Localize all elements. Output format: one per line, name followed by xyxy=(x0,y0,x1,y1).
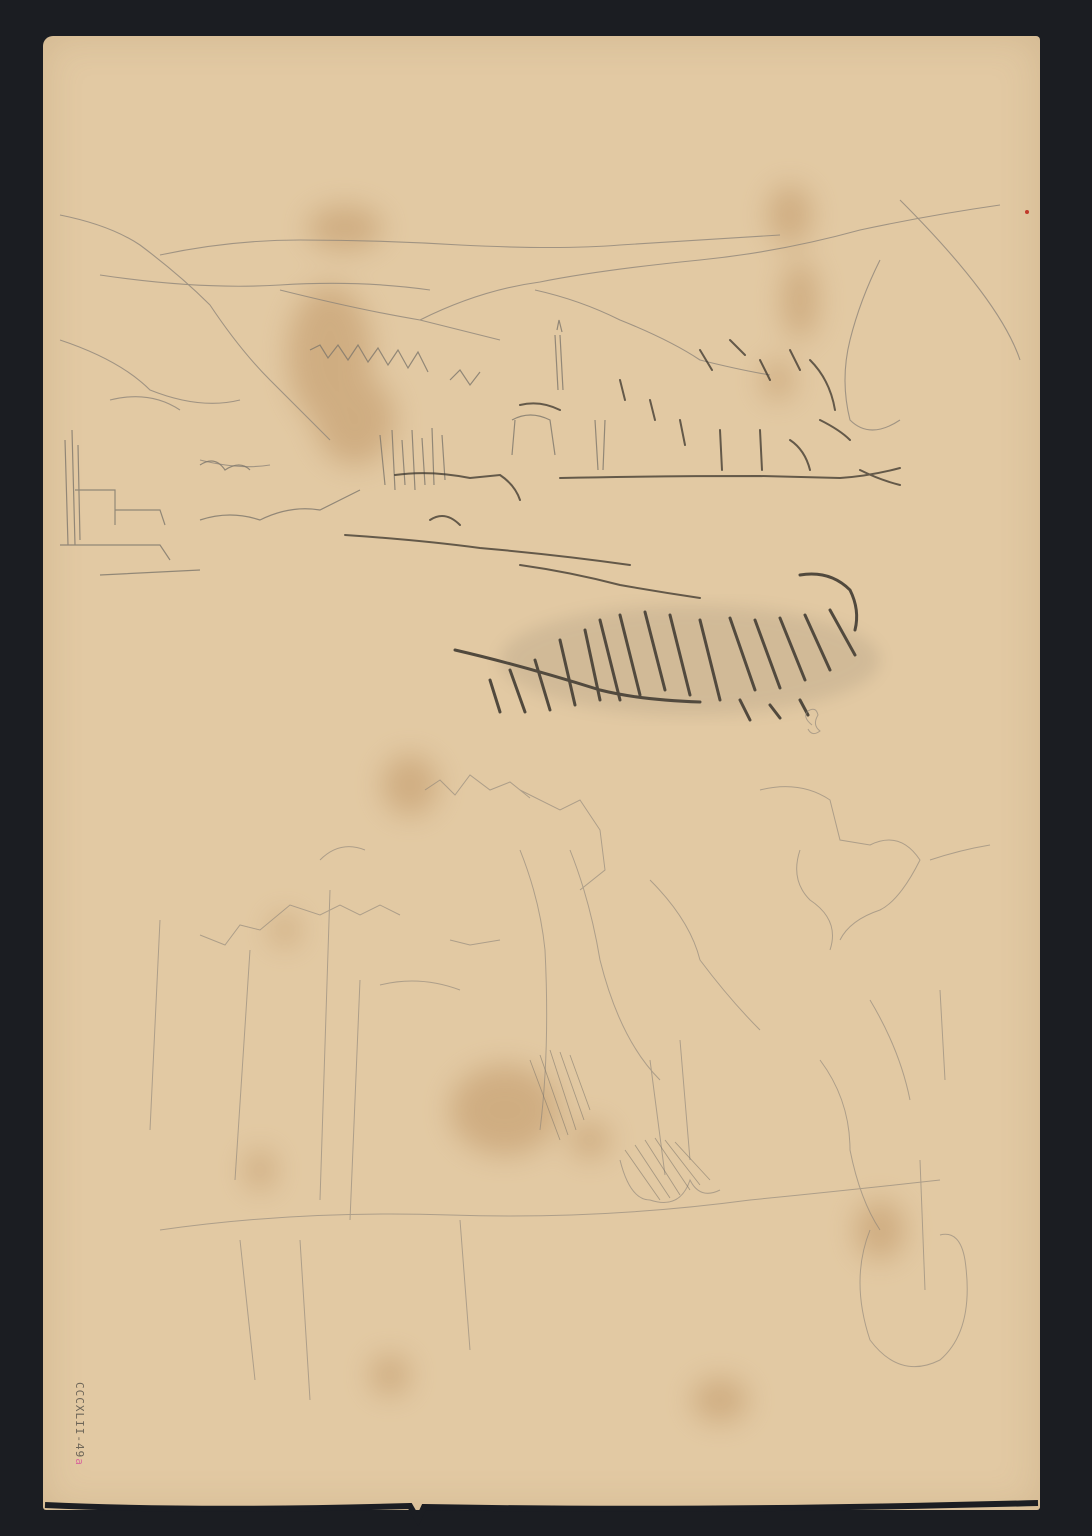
torn-bottom-edge xyxy=(45,1503,1038,1520)
foxing-stains xyxy=(245,185,905,1422)
chalk-strokes xyxy=(345,340,900,598)
pencil-lower-sketch xyxy=(150,775,990,1400)
red-ink-mark xyxy=(1025,210,1029,214)
scan-stage: CCCXLII-49a xyxy=(0,0,1092,1536)
inventory-number: CCCXLII-49a xyxy=(73,1382,86,1466)
landscape-sketch xyxy=(0,0,1092,1536)
chalk-smudge xyxy=(500,605,880,715)
inventory-number-suffix: a xyxy=(73,1458,86,1466)
inventory-number-text: CCCXLII-49 xyxy=(73,1382,86,1458)
pencil-hills xyxy=(60,200,1020,467)
